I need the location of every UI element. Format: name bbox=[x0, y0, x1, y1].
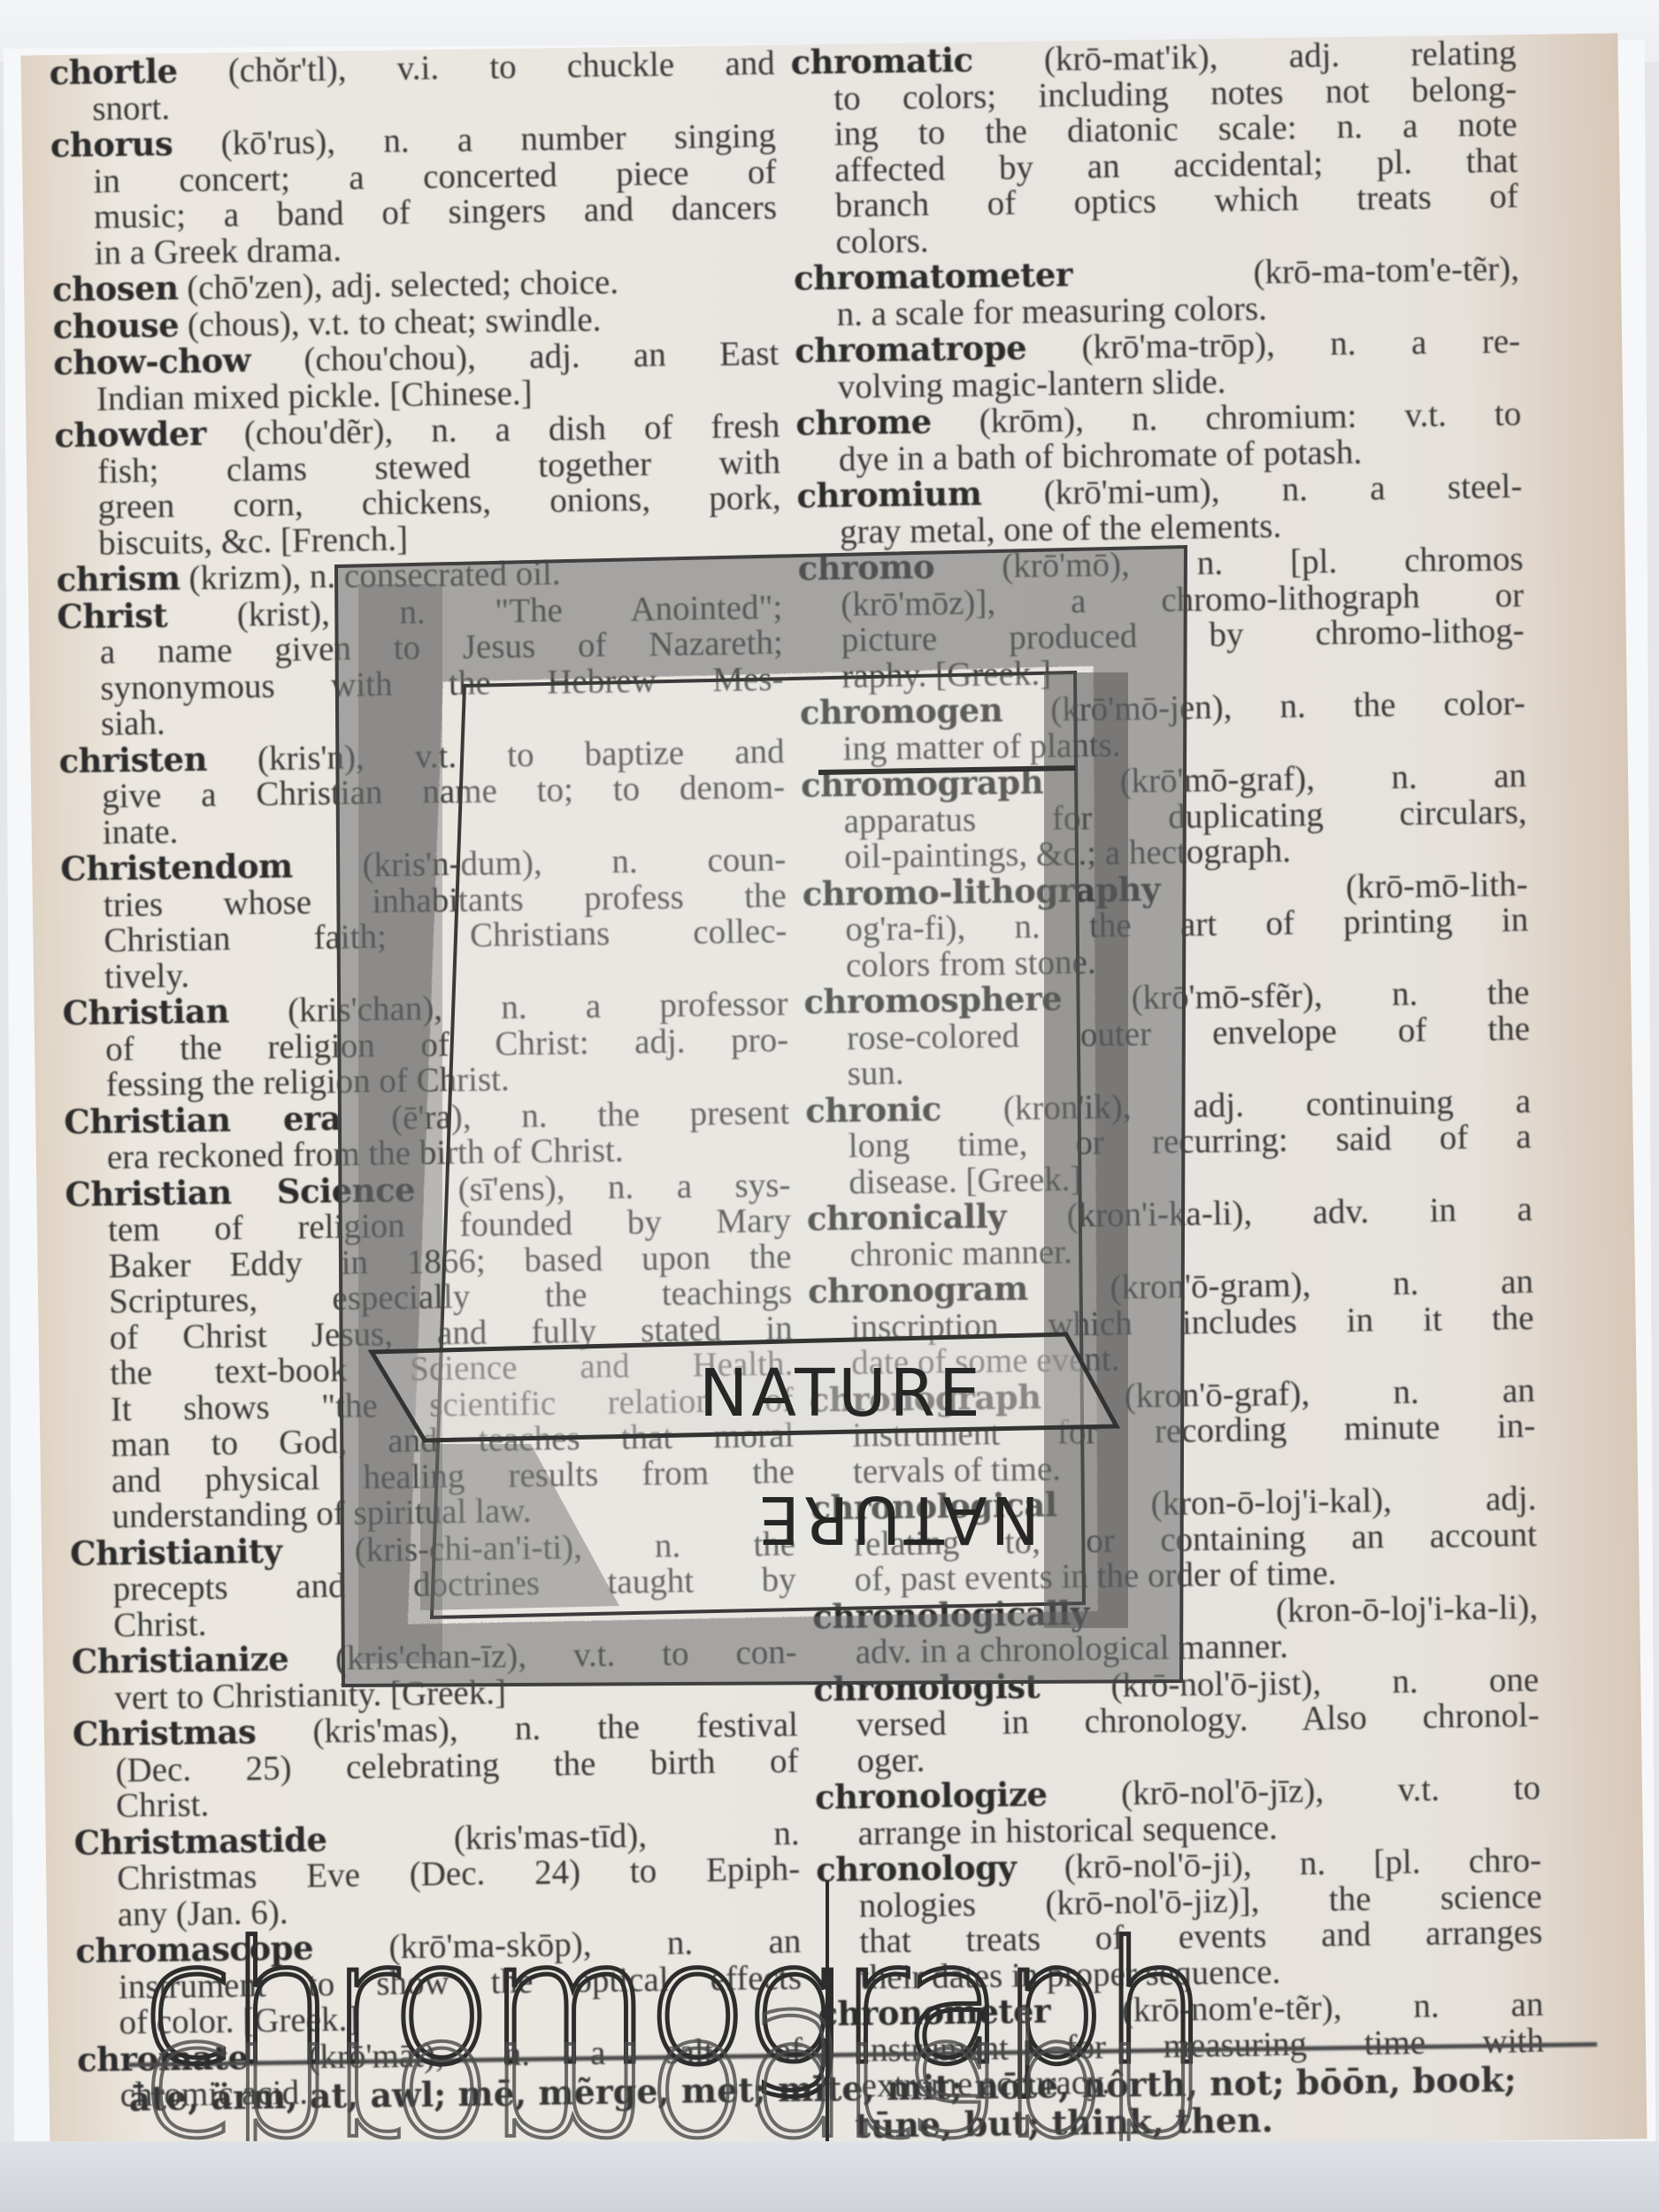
definition-text: (ē'ra), n. the present bbox=[391, 1093, 790, 1136]
definition-text: Christ. bbox=[116, 1786, 210, 1824]
definition-text: of color. [Greek.] bbox=[119, 2001, 358, 2042]
dictionary-entry: chromo-lithography (krō-mō-lith-og'ra-fi… bbox=[803, 866, 1530, 985]
definition-text: in a Greek drama. bbox=[94, 230, 342, 272]
dictionary-entry: Christian (kris'chan), n. a professorof … bbox=[62, 986, 789, 1104]
dictionary-entry: Christian Science (sī'ens), n. a sys-tem… bbox=[65, 1166, 795, 1535]
headword: chosen bbox=[52, 268, 179, 309]
headword: chromascope bbox=[75, 1928, 313, 1970]
dictionary-entry: chromatic (krō-mat'ik), adj. relatingto … bbox=[790, 35, 1518, 260]
headword: chronically bbox=[807, 1196, 1007, 1238]
right-column: chromatic (krō-mat'ik), adj. relatingto … bbox=[790, 35, 1544, 2105]
dictionary-entry: chortle (chŏr'tl), v.i. to chuckle andsn… bbox=[49, 45, 775, 127]
left-column: chortle (chŏr'tl), v.i. to chuckle andsn… bbox=[49, 45, 803, 2115]
definition-text: (kris'chan-īz), v.t. to con- bbox=[335, 1633, 797, 1678]
dictionary-entry: Christmastide (kris'mas-tīd), n.Christma… bbox=[73, 1815, 801, 1933]
definition-text: siah. bbox=[101, 704, 165, 743]
dictionary-entry: chow-chow (chou'chou), adj. an EastIndia… bbox=[53, 335, 780, 418]
definition-text: raphy. [Greek.] bbox=[841, 654, 1051, 695]
headword: chowder bbox=[54, 414, 206, 455]
headword: chronogram bbox=[808, 1269, 1028, 1310]
headword: chromograph bbox=[801, 763, 1044, 805]
definition-text: (krō'mō-jen), n. the color- bbox=[1050, 684, 1525, 728]
headword: chromatometer bbox=[794, 255, 1072, 297]
headword: chromate bbox=[77, 2038, 249, 2079]
dictionary-entry: chronological (kron-ō-loj'i-kal), adj.re… bbox=[810, 1480, 1538, 1599]
dictionary-entry: Christmas (kris'mas), n. the festival(De… bbox=[73, 1707, 800, 1825]
headword: chromogen bbox=[800, 690, 1003, 732]
headword: chortle bbox=[49, 51, 177, 92]
headword: Christian era bbox=[64, 1098, 342, 1141]
dictionary-entry: Christ (krist), n. "The Anointed";a name… bbox=[57, 588, 784, 742]
definition-text: tively. bbox=[104, 956, 190, 995]
dictionary-entry: chowder (chou'dẽr), n. a dish of freshfi… bbox=[54, 408, 781, 562]
headword: Christmas bbox=[73, 1712, 257, 1754]
dictionary-entry: chorus (kō'rus), n. a number singingin c… bbox=[50, 118, 778, 272]
headword: chow-chow bbox=[53, 341, 250, 382]
dictionary-entry: christen (kris'n), v.t. to baptize andgi… bbox=[58, 733, 786, 851]
dictionary-entry: chromo (krō'mō), n. [pl. chromos(krō'mōz… bbox=[797, 541, 1525, 695]
definition-text: (krō-ma-tom'e-tẽr), bbox=[1253, 250, 1519, 291]
dictionary-entry: chronologically (kron-ō-loj'i-ka-li),adv… bbox=[812, 1588, 1539, 1671]
headword: Christianize bbox=[72, 1640, 289, 1681]
definition-text: (krō'mi-um), n. a steel- bbox=[1043, 467, 1522, 512]
headword: chronic bbox=[805, 1089, 941, 1130]
definition-text: (krō'māt), n. a salt of bbox=[308, 2031, 803, 2076]
definition-text: ing matter of plants. bbox=[842, 726, 1121, 767]
dictionary-entry: Christian era (ē'ra), n. the presentera … bbox=[64, 1094, 790, 1176]
headword: chromatrope bbox=[795, 328, 1026, 371]
definition-text: date of some event. bbox=[851, 1340, 1120, 1382]
definition-text: snort. bbox=[92, 88, 170, 127]
dictionary-page: chortle (chŏr'tl), v.i. to chuckle andsn… bbox=[20, 34, 1647, 2162]
headword: chorus bbox=[50, 124, 173, 165]
dictionary-entry: chronology (krō-nol'ō-ji), n. [pl. chro-… bbox=[816, 1842, 1543, 1996]
definition-text: tervals of time. bbox=[853, 1449, 1062, 1490]
dictionary-entry: chronologist (krō-nol'ō-jist), n. onever… bbox=[813, 1661, 1540, 1779]
headword: Christian bbox=[62, 992, 229, 1033]
definition-text: colors. bbox=[835, 221, 929, 260]
dictionary-entry: chronograph (kron'ō-graf), n. aninstrume… bbox=[809, 1371, 1536, 1490]
dictionary-entry: chronic (kron'ik), adj. continuing along… bbox=[805, 1083, 1532, 1202]
dictionary-entry: Christendom (kris'n-dum), n. coun-tries … bbox=[60, 841, 787, 995]
definition-text: (kron'i-ka-li), adv. in a bbox=[1066, 1190, 1532, 1234]
definition-text: sun. bbox=[847, 1054, 904, 1093]
definition-text: biscuits, &c. [French.] bbox=[98, 519, 408, 562]
dictionary-entry: Christianity (kris-chi-an'i-ti), n. thep… bbox=[70, 1525, 797, 1644]
definition-text: any (Jan. 6). bbox=[118, 1893, 288, 1933]
dictionary-entry: chronogram (kron'ō-gram), n. aninscripti… bbox=[808, 1263, 1535, 1382]
dictionary-entry: chrome (krōm), n. chromium: v.t. todye i… bbox=[795, 396, 1522, 478]
headword: Christ bbox=[57, 595, 167, 636]
definition-text: inate. bbox=[102, 812, 178, 851]
definition-text: (krō-mō-lith- bbox=[1346, 865, 1528, 906]
definition-text: (krō-nol'ō-jīz), v.t. to bbox=[1121, 1769, 1541, 1813]
headword: chouse bbox=[52, 305, 179, 346]
dictionary-entry: chromosphere (krō'mō-sfẽr), n. therose-c… bbox=[803, 974, 1531, 1093]
headword: Christianity bbox=[70, 1531, 282, 1572]
headword: chronologist bbox=[813, 1666, 1040, 1709]
definition-text: chronic manner. bbox=[849, 1233, 1072, 1274]
headword: chrome bbox=[795, 402, 932, 442]
headword: chronological bbox=[810, 1486, 1056, 1528]
headword: Christmastide bbox=[73, 1820, 326, 1863]
dictionary-entry: chromium (krō'mi-um), n. a steel-gray me… bbox=[796, 468, 1523, 550]
definition-text: (chŏr'tl), v.i. to chuckle and bbox=[227, 44, 774, 90]
dictionary-entry: chromatometer (krō-ma-tom'e-tẽr),n. a sc… bbox=[794, 250, 1520, 333]
definition-text: oger. bbox=[856, 1740, 925, 1779]
headword: chronometer bbox=[818, 1992, 1050, 2034]
dictionary-entry: chromogen (krō'mō-jen), n. the color-ing… bbox=[800, 685, 1526, 767]
dictionary-entry: chronologize (krō-nol'ō-jīz), v.t. toarr… bbox=[815, 1770, 1541, 1852]
headword: chrism bbox=[56, 558, 180, 599]
headword: chromo bbox=[797, 547, 934, 588]
headword: chronologically bbox=[812, 1594, 1089, 1636]
photo-backdrop-bottom bbox=[0, 2141, 1659, 2212]
definition-text: (krō'ma-trōp), n. a re- bbox=[1081, 322, 1520, 366]
dictionary-entry: chromascope (krō'ma-skōp), n. aninstrume… bbox=[75, 1924, 803, 2042]
headword: chromosphere bbox=[803, 979, 1062, 1021]
definition-text: disease. [Greek.] bbox=[849, 1160, 1082, 1202]
definition-text: (kron-ō-loj'i-ka-li), bbox=[1276, 1587, 1539, 1629]
dictionary-entry: chromograph (krō'mō-graf), n. anapparatu… bbox=[801, 757, 1528, 876]
definition-text: colors from stone. bbox=[846, 942, 1096, 984]
headword: Christendom bbox=[60, 847, 293, 889]
dictionary-entry: chromatrope (krō'ma-trōp), n. a re-volvi… bbox=[795, 323, 1521, 405]
headword: chronologize bbox=[815, 1775, 1048, 1817]
headword: chromium bbox=[796, 474, 981, 516]
definition-text: Christ. bbox=[113, 1604, 207, 1643]
headword: christen bbox=[58, 739, 207, 780]
headword: chronology bbox=[816, 1847, 1017, 1889]
headword: chronograph bbox=[809, 1377, 1041, 1419]
definition-text: (chou'chou), adj. an East bbox=[303, 334, 779, 379]
dictionary-entry: chronically (kron'i-ka-li), adv. in achr… bbox=[807, 1191, 1533, 1273]
headword: chromatic bbox=[790, 41, 973, 82]
dictionary-entry: Christianize (kris'chan-īz), v.t. to con… bbox=[72, 1634, 798, 1717]
